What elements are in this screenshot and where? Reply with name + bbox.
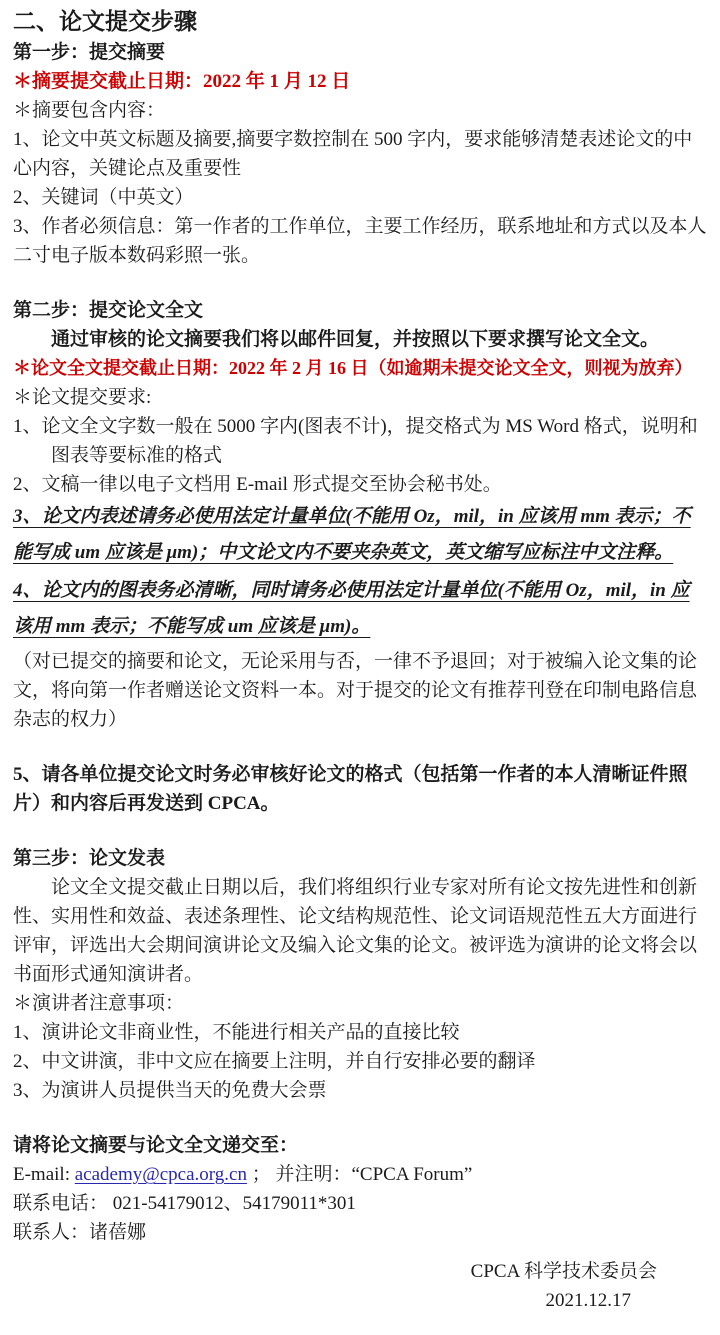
step3-item-2: 2、中文讲演，非中文应在摘要上注明，并自行安排必要的翻译	[13, 1047, 707, 1076]
step3-item-3: 3、为演讲人员提供当天的免费大会票	[13, 1076, 707, 1105]
step2-item-5-format-check: 5、请各单位提交论文时务必审核好论文的格式（包括第一作者的本人清晰证件照片）和内…	[13, 760, 707, 818]
step2-heading: 第二步：提交论文全文	[13, 296, 707, 325]
step1-deadline: ＊摘要提交截止日期：2022 年 1 月 12 日	[13, 67, 707, 96]
step1-item-1: 1、论文中英文标题及摘要,摘要字数控制在 500 字内，要求能够清楚表述论文的中…	[13, 125, 707, 183]
email-link[interactable]: academy@cpca.org.cn	[75, 1164, 247, 1185]
step2-requirements-label: ＊论文提交要求:	[13, 383, 707, 412]
step3-heading: 第三步：论文发表	[13, 844, 707, 873]
step3-item-1: 1、演讲论文非商业性，不能进行相关产品的直接比较	[13, 1018, 707, 1047]
step2-item-2: 2、文稿一律以电子文档用 E-mail 形式提交至协会秘书处。	[13, 470, 707, 499]
step2-item-3-measurement-rule: 3、论文内表述请务必使用法定计量单位(不能用 Oz，mil，in 应该用 mm …	[13, 499, 707, 573]
step1-item-3: 3、作者必须信息：第一作者的工作单位，主要工作经历，联系地址和方式以及本人二寸电…	[13, 212, 707, 270]
step3-notes-label: ＊演讲者注意事项：	[13, 989, 707, 1018]
step3-intro: 论文全文提交截止日期以后，我们将组织行业专家对所有论文按先进性和创新性、实用性和…	[13, 873, 707, 989]
step2-item-4-figure-rule: 4、论文内的图表务必清晰，同时请务必使用法定计量单位(不能用 Oz，mil，in…	[13, 573, 707, 647]
step2-return-policy-note: （对已提交的摘要和论文，无论采用与否，一律不予退回；对于被编入论文集的论文，将向…	[13, 647, 707, 734]
contact-heading: 请将论文摘要与论文全文递交至：	[13, 1131, 707, 1160]
signature-date: 2021.12.17	[13, 1286, 631, 1315]
step2-intro: 通过审核的论文摘要我们将以邮件回复，并按照以下要求撰写论文全文。	[13, 325, 707, 354]
contact-phone: 联系电话： 021-54179012、54179011*301	[13, 1189, 707, 1218]
step1-item-2: 2、关键词（中英文）	[13, 183, 707, 212]
step1-heading: 第一步：提交摘要	[13, 38, 707, 67]
signature-organization: CPCA 科学技术委员会	[13, 1257, 657, 1286]
step1-contents-label: ＊摘要包含内容：	[13, 96, 707, 125]
email-note: ； 并注明：“CPCA Forum”	[247, 1164, 472, 1185]
step2-item-1: 1、论文全文字数一般在 5000 字内(图表不计)，提交格式为 MS Word …	[13, 412, 707, 470]
document-title: 二、论文提交步骤	[13, 6, 707, 38]
contact-person: 联系人：诸蓓娜	[13, 1218, 707, 1247]
email-label: E-mail:	[13, 1164, 75, 1185]
document-page: 二、论文提交步骤 第一步：提交摘要 ＊摘要提交截止日期：2022 年 1 月 1…	[0, 0, 720, 1335]
contact-email-line: E-mail: academy@cpca.org.cn ； 并注明：“CPCA …	[13, 1160, 707, 1189]
step2-deadline: ＊论文全文提交截止日期：2022 年 2 月 16 日（如逾期未提交论文全文，则…	[13, 354, 707, 383]
